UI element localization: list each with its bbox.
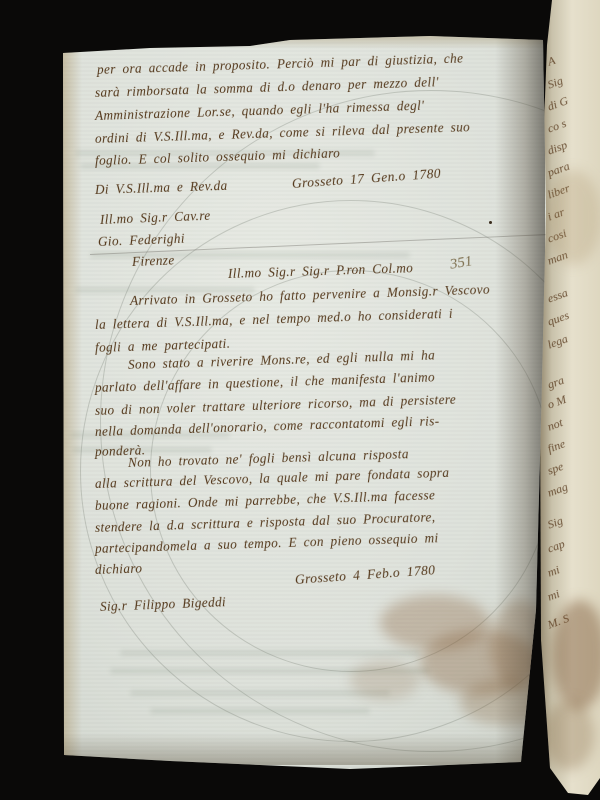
- manuscript-fragment: lega: [545, 331, 570, 352]
- manuscript-fragment: Sig: [545, 73, 565, 92]
- bleed-through: [150, 708, 370, 714]
- manuscript-page: per ora accade in proposito. Perciò mi p…: [0, 0, 600, 800]
- stain: [460, 680, 550, 725]
- address-line: Gio. Federighi: [98, 231, 186, 250]
- stain: [544, 700, 594, 770]
- manuscript-photo: { "photo": { "background_color": "#0a090…: [0, 0, 600, 800]
- stain: [552, 600, 600, 710]
- manuscript-fragment: cap: [545, 537, 566, 557]
- manuscript-fragment: disp: [545, 138, 569, 159]
- manuscript-fragment: Sig: [545, 513, 565, 532]
- ink-speck: [489, 221, 492, 224]
- manuscript-fragment: mi: [545, 562, 561, 580]
- next-page-edge: A Sig di G co s disp para liber i ar cos…: [538, 0, 600, 800]
- manuscript-fragment: di G: [545, 93, 570, 114]
- stain: [546, 170, 600, 265]
- manuscript-fragment: A: [545, 53, 557, 70]
- bleed-through: [120, 650, 420, 656]
- stain: [350, 660, 420, 700]
- manuscript-fragment: ques: [545, 308, 571, 330]
- manuscript-fragment: fine: [545, 436, 567, 456]
- manuscript-fragment: co s: [545, 116, 568, 137]
- bleed-through: [130, 690, 390, 696]
- manuscript-fragment: essa: [545, 285, 570, 306]
- address-line: Firenze: [132, 252, 175, 270]
- manuscript-fragment: mi: [545, 586, 561, 604]
- manuscript-fragment: mag: [545, 479, 570, 500]
- manuscript-fragment: spe: [545, 459, 565, 479]
- manuscript-fragment: not: [545, 415, 565, 434]
- manuscript-fragment: o M: [545, 392, 568, 413]
- manuscript-fragment: gra: [545, 373, 566, 393]
- manuscript-line: dichiaro: [95, 561, 143, 578]
